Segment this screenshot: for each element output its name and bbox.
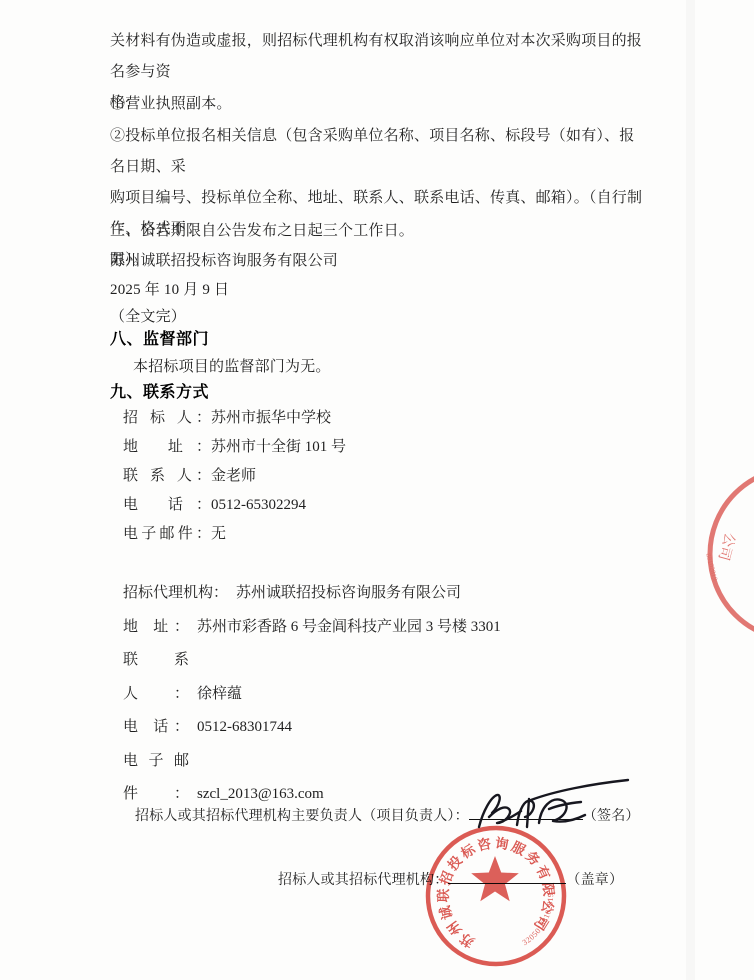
notice-period-line: 三、公告期限自公告发布之日起三个工作日。 bbox=[110, 219, 648, 240]
tenderer-value-email: 无 bbox=[211, 526, 226, 542]
tenderer-row-name: 招 标 人：苏州市振华中学校 bbox=[123, 404, 648, 433]
edge-seal-chars: 公司 bbox=[715, 531, 738, 562]
signature-stroke-3 bbox=[517, 799, 534, 827]
tenderer-value-contact: 金老师 bbox=[211, 468, 256, 484]
agent-row-address: 地 址：苏州市彩香路 6 号金阊科技产业园 3 号楼 3301 bbox=[123, 611, 648, 645]
agent-label-email: 电子邮件： bbox=[123, 745, 189, 812]
tenderer-contact-block: 招 标 人：苏州市振华中学校 地 址：苏州市十全街 101 号 联 系 人：金老… bbox=[123, 404, 648, 549]
agent-label-address: 地 址： bbox=[123, 611, 189, 645]
tenderer-row-address: 地 址：苏州市十全街 101 号 bbox=[123, 433, 648, 462]
agent-row-contact: 联 系 人：徐梓蕴 bbox=[123, 644, 648, 711]
document-page: 关材料有伪造或虚报，则招标代理机构有权取消该响应单位对本次采购项目的报名参与资 … bbox=[0, 0, 754, 980]
stamp-suffix: （盖章） bbox=[566, 873, 623, 888]
tenderer-label-phone: 电 话： bbox=[123, 491, 211, 520]
tenderer-value-phone: 0512-65302294 bbox=[211, 497, 306, 513]
agent-value-address: 苏州市彩香路 6 号金阊科技产业园 3 号楼 3301 bbox=[197, 619, 501, 635]
tenderer-value-name: 苏州市振华中学校 bbox=[211, 410, 331, 426]
tenderer-row-contact: 联 系 人：金老师 bbox=[123, 462, 648, 491]
tenderer-value-address: 苏州市十全街 101 号 bbox=[211, 439, 346, 455]
end-mark-line: （全文完） bbox=[110, 305, 648, 326]
tenderer-row-email: 电子邮件：无 bbox=[123, 520, 648, 549]
agent-label-contact: 联 系 人： bbox=[123, 644, 189, 711]
tenderer-row-phone: 电 话：0512-65302294 bbox=[123, 491, 648, 520]
agent-value-org: 苏州诚联招投标咨询服务有限公司 bbox=[236, 585, 461, 601]
seal-star-icon bbox=[471, 856, 519, 901]
tenderer-label-address: 地 址： bbox=[123, 433, 211, 462]
agent-label-org: 招标代理机构： bbox=[123, 585, 228, 601]
agency-signoff-line: 苏州诚联招投标咨询服务有限公司 bbox=[110, 249, 648, 270]
list-item-1: ①营业执照副本。 bbox=[110, 92, 648, 113]
agent-value-email: szcl_2013@163.com bbox=[197, 786, 324, 802]
edge-company-seal: 公司 88102819 bbox=[686, 462, 754, 652]
section-9-title: 九、联系方式 bbox=[110, 379, 648, 402]
company-seal-stamp: 苏州诚联招投标咨询服务有限公司 32050188102819 bbox=[420, 820, 572, 972]
handwritten-signature bbox=[445, 765, 635, 835]
paragraph-intro-line1: 关材料有伪造或虚报，则招标代理机构有权取消该响应单位对本次采购项目的报名参与资 bbox=[110, 26, 648, 88]
agent-value-phone: 0512-68301744 bbox=[197, 719, 292, 735]
responsible-signature-label: 招标人或其招标代理机构主要负责人（项目负责人）： bbox=[135, 809, 469, 824]
signoff-date-line: 2025 年 10 月 9 日 bbox=[110, 278, 648, 299]
tenderer-label-contact: 联 系 人： bbox=[123, 462, 211, 491]
tenderer-label-email: 电子邮件： bbox=[123, 520, 211, 549]
list-item-2-line1: ②投标单位报名相关信息（包含采购单位名称、项目名称、标段号（如有）、报名日期、采 bbox=[110, 121, 648, 183]
agent-label-phone: 电 话： bbox=[123, 711, 189, 745]
agent-row-org: 招标代理机构：苏州诚联招投标咨询服务有限公司 bbox=[123, 577, 648, 611]
signature-flourish bbox=[531, 780, 628, 800]
section-8-title: 八、监督部门 bbox=[110, 326, 648, 349]
agent-value-contact: 徐梓蕴 bbox=[197, 686, 242, 702]
agent-row-phone: 电 话：0512-68301744 bbox=[123, 711, 648, 745]
section-8-body: 本招标项目的监督部门为无。 bbox=[133, 355, 648, 376]
tenderer-label-name: 招 标 人： bbox=[123, 404, 211, 433]
